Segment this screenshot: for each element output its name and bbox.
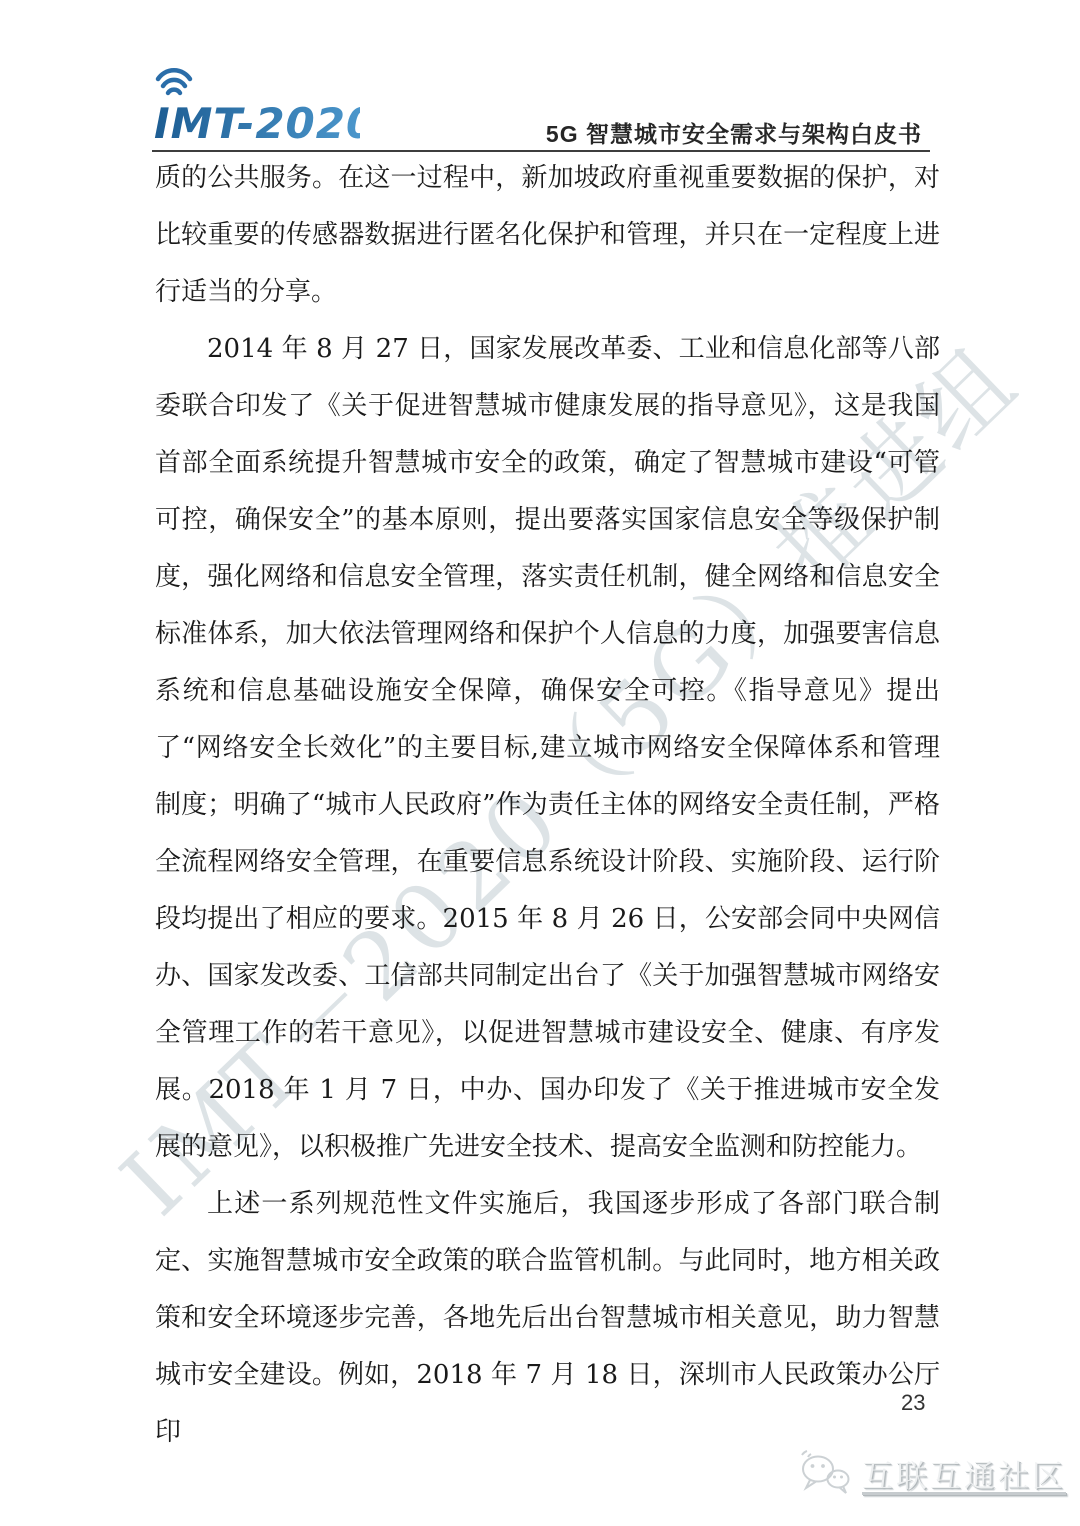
logo-wordmark: IMT-2020 [154,99,360,148]
imt2020-logo-icon: IMT-2020 [150,66,360,152]
footer-community-watermark: 互联互通社区 [796,1448,1066,1498]
imt2020-logo: IMT-2020 [150,66,360,156]
wifi-arcs-icon [158,70,190,93]
whitepaper-page: IMT－2020（5G）推进组 IMT-2020 5G 智慧城市安全需求与架构白… [0,0,1080,1526]
wechat-bubbles-icon [796,1448,854,1498]
paragraph: 质的公共服务。在这一过程中，新加坡政府重视重要数据的保护，对比较重要的传感器数据… [155,150,940,321]
community-label: 互联互通社区 [862,1451,1066,1496]
paragraph: 2014 年 8 月 27 日，国家发展改革委、工业和信息化部等八部委联合印发了… [155,321,940,1176]
document-header-title: 5G 智慧城市安全需求与架构白皮书 [546,116,922,149]
document-body: 质的公共服务。在这一过程中，新加坡政府重视重要数据的保护，对比较重要的传感器数据… [155,150,940,1461]
page-number: 23 [901,1390,925,1416]
header-rule [152,150,930,152]
paragraph: 上述一系列规范性文件实施后，我国逐步形成了各部门联合制定、实施智慧城市安全政策的… [155,1176,940,1461]
